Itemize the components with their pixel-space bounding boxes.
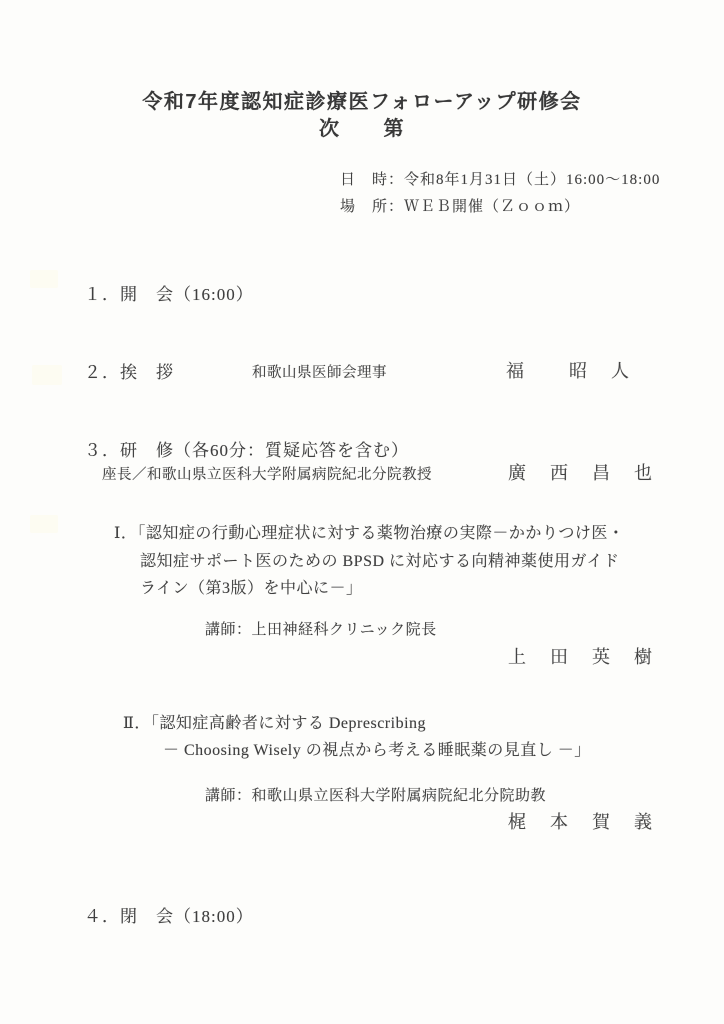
- greeting-speaker-name: 福 昭 人: [506, 357, 632, 383]
- session1-title-line2: 認知症サポート医のための BPSD に対応する向精神薬使用ガイド: [140, 548, 620, 571]
- session2-lecturer-name: 梶 本 賀 義: [508, 808, 655, 834]
- session2-lecturer-title: 講師：和歌山県立医科大学附属病院紀北分院助教: [205, 784, 546, 805]
- scan-artifact: [32, 365, 62, 385]
- training-chair-title: 座長／和歌山県立医科大学附属病院紀北分院教授: [102, 463, 432, 484]
- scan-artifact: [30, 270, 58, 288]
- meeting-datetime: 日 時：令和8年1月31日（土）16:00～18:00: [340, 168, 660, 189]
- meeting-venue: 場 所：ＷＥＢ開催（Ｚｏｏｍ）: [340, 195, 580, 216]
- agenda-item-greeting: ２．挨 拶: [84, 358, 174, 383]
- session2-title-line1: Ⅱ．「認知症高齢者に対する Deprescribing: [123, 710, 426, 733]
- session1-title-line3: ライン（第3版）を中心に－」: [140, 575, 363, 598]
- training-chair-name: 廣 西 昌 也: [508, 459, 655, 485]
- session2-title-line2: － Choosing Wisely の視点から考える睡眠薬の見直し －」: [163, 737, 591, 760]
- greeting-speaker-affiliation: 和歌山県医師会理事: [252, 361, 387, 382]
- session1-title-line1: Ⅰ．「認知症の行動心理症状に対する薬物治療の実際－かかりつけ医・: [114, 520, 624, 543]
- session1-lecturer-title: 講師：上田神経科クリニック院長: [205, 618, 437, 639]
- page-title: 令和7年度認知症診療医フォローアップ研修会: [0, 85, 724, 114]
- document-page: 令和7年度認知症診療医フォローアップ研修会 次 第 日 時：令和8年1月31日（…: [0, 0, 724, 1024]
- agenda-item-training: ３．研 修（各60分：質疑応答を含む）: [84, 436, 409, 461]
- agenda-item-opening: １．開 会（16:00）: [84, 280, 254, 305]
- agenda-item-closing: ４．閉 会（18:00）: [84, 902, 254, 927]
- session1-lecturer-name: 上 田 英 樹: [508, 643, 655, 669]
- page-subtitle: 次 第: [0, 112, 724, 141]
- scan-artifact: [30, 515, 58, 533]
